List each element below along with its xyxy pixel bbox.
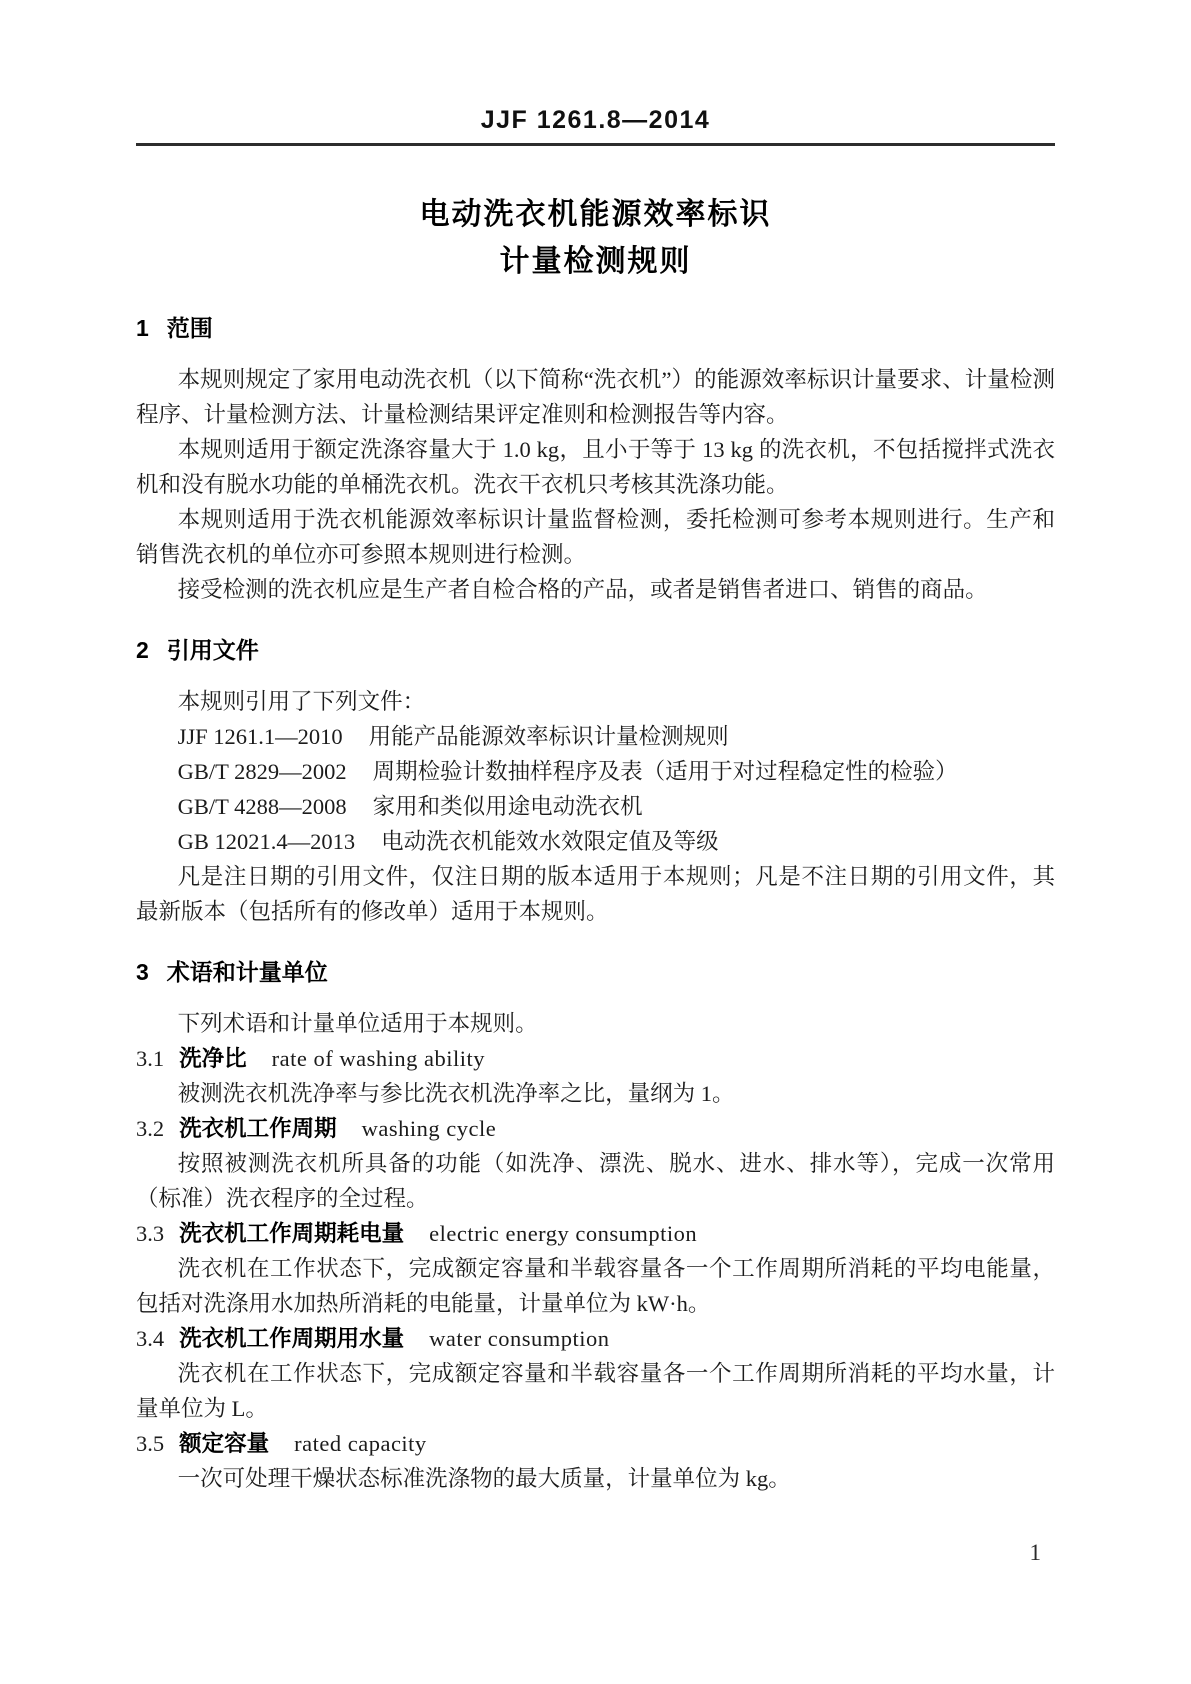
section-heading-references: 2引用文件 (136, 633, 1055, 668)
paragraph: 凡是注日期的引用文件，仅注日期的版本适用于本规则；凡是不注日期的引用文件，其最新… (136, 859, 1055, 929)
section-number: 1 (136, 315, 149, 341)
reference-item: JJF 1261.1—2010用能产品能源效率标识计量检测规则 (136, 719, 1055, 754)
document-title: 电动洗衣机能源效率标识 计量检测规则 (136, 191, 1055, 285)
term-number: 3.3 (136, 1221, 164, 1246)
term-heading: 3.2洗衣机工作周期washing cycle (136, 1111, 1055, 1146)
reference-code: GB 12021.4—2013 (178, 829, 356, 854)
reference-title: 电动洗衣机能效水效限定值及等级 (381, 829, 719, 854)
reference-item: GB 12021.4—2013电动洗衣机能效水效限定值及等级 (136, 824, 1055, 859)
reference-code: GB/T 2829—2002 (178, 759, 347, 784)
term-name-en: washing cycle (362, 1116, 497, 1141)
reference-code: GB/T 4288—2008 (178, 794, 347, 819)
term-name-zh: 洗衣机工作周期耗电量 (179, 1221, 404, 1246)
term-number: 3.2 (136, 1116, 164, 1141)
section-number: 3 (136, 959, 149, 985)
term-definition: 洗衣机在工作状态下，完成额定容量和半载容量各一个工作周期所消耗的平均电能量，包括… (136, 1251, 1055, 1321)
term-heading: 3.5额定容量rated capacity (136, 1426, 1055, 1461)
document-header: JJF 1261.8—2014 (136, 0, 1055, 146)
standard-number: JJF 1261.8—2014 (136, 0, 1055, 134)
section-scope: 1范围 本规则规定了家用电动洗衣机（以下简称“洗衣机”）的能源效率标识计量要求、… (136, 311, 1055, 607)
section-number: 2 (136, 637, 149, 663)
term-name-en: water consumption (429, 1326, 609, 1351)
section-title: 引用文件 (167, 637, 259, 663)
paragraph: 本规则规定了家用电动洗衣机（以下简称“洗衣机”）的能源效率标识计量要求、计量检测… (136, 362, 1055, 432)
paragraph: 下列术语和计量单位适用于本规则。 (136, 1006, 1055, 1041)
reference-title: 周期检验计数抽样程序及表（适用于对过程稳定性的检验） (373, 759, 958, 784)
term-number: 3.4 (136, 1326, 164, 1351)
section-heading-scope: 1范围 (136, 311, 1055, 346)
term-name-en: rate of washing ability (272, 1046, 485, 1071)
section-heading-terms: 3术语和计量单位 (136, 955, 1055, 990)
term-definition: 洗衣机在工作状态下，完成额定容量和半载容量各一个工作周期所消耗的平均水量，计量单… (136, 1356, 1055, 1426)
reference-title: 用能产品能源效率标识计量检测规则 (369, 724, 729, 749)
paragraph: 本规则引用了下列文件： (136, 684, 1055, 719)
section-title: 范围 (167, 315, 213, 341)
reference-item: GB/T 4288—2008家用和类似用途电动洗衣机 (136, 789, 1055, 824)
header-rule (136, 143, 1055, 146)
reference-title: 家用和类似用途电动洗衣机 (373, 794, 643, 819)
reference-code: JJF 1261.1—2010 (178, 724, 343, 749)
term-name-zh: 洗衣机工作周期用水量 (179, 1326, 404, 1351)
term-name-zh: 洗衣机工作周期 (179, 1116, 337, 1141)
reference-item: GB/T 2829—2002周期检验计数抽样程序及表（适用于对过程稳定性的检验） (136, 754, 1055, 789)
page-number: 1 (1030, 1539, 1042, 1567)
term-name-en: rated capacity (294, 1431, 427, 1456)
term-definition: 按照被测洗衣机所具备的功能（如洗净、漂洗、脱水、进水、排水等），完成一次常用（标… (136, 1146, 1055, 1216)
title-line-2: 计量检测规则 (136, 238, 1055, 285)
term-number: 3.5 (136, 1431, 164, 1456)
term-definition: 一次可处理干燥状态标准洗涤物的最大质量，计量单位为 kg。 (136, 1461, 1055, 1496)
paragraph: 本规则适用于洗衣机能源效率标识计量监督检测，委托检测可参考本规则进行。生产和销售… (136, 502, 1055, 572)
title-line-1: 电动洗衣机能源效率标识 (136, 191, 1055, 238)
document-page: JJF 1261.8—2014 电动洗衣机能源效率标识 计量检测规则 1范围 本… (0, 0, 1191, 1684)
term-heading: 3.1洗净比rate of washing ability (136, 1041, 1055, 1076)
section-terms: 3术语和计量单位 下列术语和计量单位适用于本规则。 3.1洗净比rate of … (136, 955, 1055, 1496)
section-title: 术语和计量单位 (167, 959, 328, 985)
term-heading: 3.3洗衣机工作周期耗电量electric energy consumption (136, 1216, 1055, 1251)
term-number: 3.1 (136, 1046, 164, 1071)
term-heading: 3.4洗衣机工作周期用水量water consumption (136, 1321, 1055, 1356)
term-definition: 被测洗衣机洗净率与参比洗衣机洗净率之比，量纲为 1。 (136, 1076, 1055, 1111)
term-name-zh: 额定容量 (179, 1431, 269, 1456)
term-name-zh: 洗净比 (179, 1046, 247, 1071)
section-references: 2引用文件 本规则引用了下列文件： JJF 1261.1—2010用能产品能源效… (136, 633, 1055, 929)
paragraph: 接受检测的洗衣机应是生产者自检合格的产品，或者是销售者进口、销售的商品。 (136, 572, 1055, 607)
term-name-en: electric energy consumption (429, 1221, 697, 1246)
paragraph: 本规则适用于额定洗涤容量大于 1.0 kg，且小于等于 13 kg 的洗衣机，不… (136, 432, 1055, 502)
